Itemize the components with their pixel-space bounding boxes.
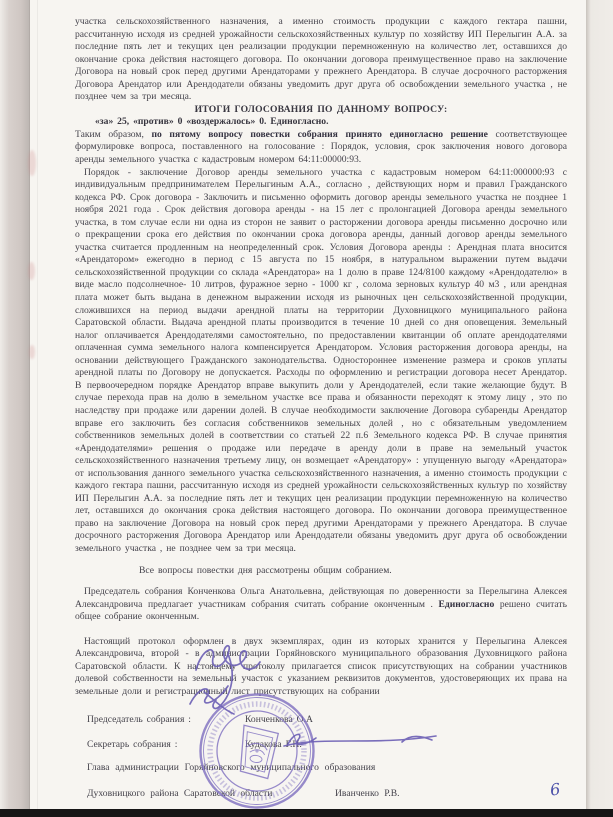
voting-results-heading: ИТОГИ ГОЛОСОВАНИЯ ПО ДАННОМУ ВОПРОСУ: <box>75 104 567 117</box>
scan-left-margin <box>0 0 30 817</box>
scan-smudge <box>28 262 35 280</box>
resolution-bold-text: по пятому вопросу повестки собрания прин… <box>152 129 488 140</box>
resolution-paragraph: Таким образом, по пятому вопросу повестк… <box>75 129 567 167</box>
head-line2-text: Духовницкого района Саратовской области <box>87 788 272 799</box>
scan-right-margin <box>586 0 613 817</box>
head-signature-name: Иванченко Р.В. <box>323 788 400 801</box>
chairman-signature-row: Председатель собрания : Конченкова О.А <box>75 706 567 731</box>
protocol-copies-paragraph: Настоящий протокол оформлен в двух экзем… <box>75 636 567 699</box>
chairman-signature-name: Конченкова О.А <box>245 714 313 727</box>
document-body: участка сельскохозяйственного назначения… <box>75 16 567 802</box>
chairman-bold-text: Единогласно <box>439 599 495 610</box>
secretary-signature-label: Секретарь собрания : <box>87 739 177 752</box>
scan-bottom-edge <box>0 809 613 817</box>
scan-smudge <box>29 345 35 359</box>
chairman-signature-label: Председатель собрания : <box>87 714 191 727</box>
secretary-signature-name: Кудакова Г.Н. <box>245 739 302 752</box>
scan-smudge <box>28 150 36 176</box>
scanned-document-page: участка сельскохозяйственного назначения… <box>0 0 613 817</box>
agenda-closing-line: Все вопросы повестки дня рассмотрены общ… <box>139 565 567 578</box>
head-of-administration-line2: Духовницкого района Саратовской областиИ… <box>75 788 567 802</box>
resolution-lead: Таким образом, <box>75 129 152 140</box>
paper-fold-line <box>37 0 38 817</box>
lease-terms-paragraph: Порядок - заключение Договор аренды земе… <box>75 167 567 556</box>
signature-block: Председатель собрания : Конченкова О.А С… <box>75 706 567 802</box>
chairman-closing-paragraph: Председатель собрания Конченкова Ольга А… <box>75 586 567 624</box>
voting-results-line: «за» 25, «против» 0 «воздержалось» 0. Ед… <box>75 116 567 129</box>
intro-paragraph: участка сельскохозяйственного назначения… <box>75 16 567 104</box>
head-of-administration-line1: Глава администрации Горяйновского муници… <box>75 762 567 775</box>
secretary-signature-row: Секретарь собрания : Кудакова Г.Н. <box>75 731 567 756</box>
